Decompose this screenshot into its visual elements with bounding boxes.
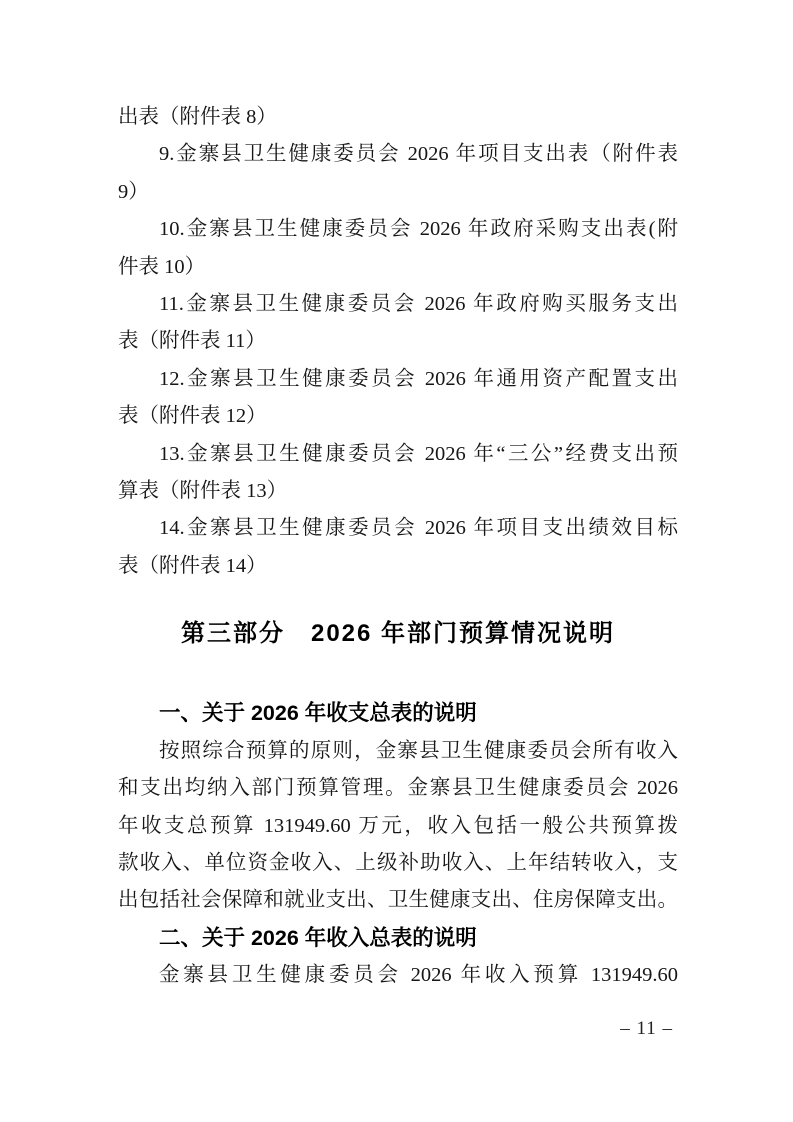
part-heading: 第三部分 2026 年部门预算情况说明 (118, 615, 678, 652)
page-number: – 11 – (620, 1018, 673, 1040)
section-1-heading: 一、关于 2026 年收支总表的说明 (118, 695, 678, 732)
attachment-item-10-line-2: 件表 10） (118, 249, 678, 286)
attachment-item-14-line-2: 表（附件表 14） (118, 548, 678, 585)
attachment-item-12-line-2: 表（附件表 12） (118, 398, 678, 435)
attachment-item-13-line-1: 13.金寨县卫生健康委员会 2026 年“三公”经费支出预 (118, 436, 678, 473)
attachment-item-13-line-2: 算表（附件表 13） (118, 473, 678, 510)
section-1-paragraph-line-1: 按照综合预算的原则，金寨县卫生健康委员会所有收入 (118, 733, 678, 770)
document-page: 出表（附件表 8） 9.金寨县卫生健康委员会 2026 年项目支出表（附件表 9… (0, 0, 793, 1122)
section-1-paragraph-line-5: 出包括社会保障和就业支出、卫生健康支出、住房保障支出。 (118, 882, 678, 919)
section-1-paragraph-line-3: 年收支总预算 131949.60 万元，收入包括一般公共预算拨 (118, 808, 678, 845)
section-2-paragraph-line-1: 金寨县卫生健康委员会 2026 年收入预算 131949.60 (118, 957, 678, 994)
section-2-heading: 二、关于 2026 年收入总表的说明 (118, 920, 678, 957)
page-content: 出表（附件表 8） 9.金寨县卫生健康委员会 2026 年项目支出表（附件表 9… (118, 99, 678, 995)
attachment-item-14-line-1: 14.金寨县卫生健康委员会 2026 年项目支出绩效目标 (118, 510, 678, 547)
attachment-item-10-line-1: 10.金寨县卫生健康委员会 2026 年政府采购支出表(附 (118, 211, 678, 248)
attachment-item-11-line-2: 表（附件表 11） (118, 323, 678, 360)
section-1-paragraph-line-4: 款收入、单位资金收入、上级补助收入、上年结转收入，支 (118, 845, 678, 882)
attachment-item-9-line-2: 9） (118, 174, 678, 211)
attachment-continuation-line: 出表（附件表 8） (118, 99, 678, 136)
attachment-item-11-line-1: 11.金寨县卫生健康委员会 2026 年政府购买服务支出 (118, 286, 678, 323)
attachment-item-9-line-1: 9.金寨县卫生健康委员会 2026 年项目支出表（附件表 (118, 136, 678, 173)
attachment-item-12-line-1: 12.金寨县卫生健康委员会 2026 年通用资产配置支出 (118, 361, 678, 398)
section-1-paragraph-line-2: 和支出均纳入部门预算管理。金寨县卫生健康委员会 2026 (118, 770, 678, 807)
